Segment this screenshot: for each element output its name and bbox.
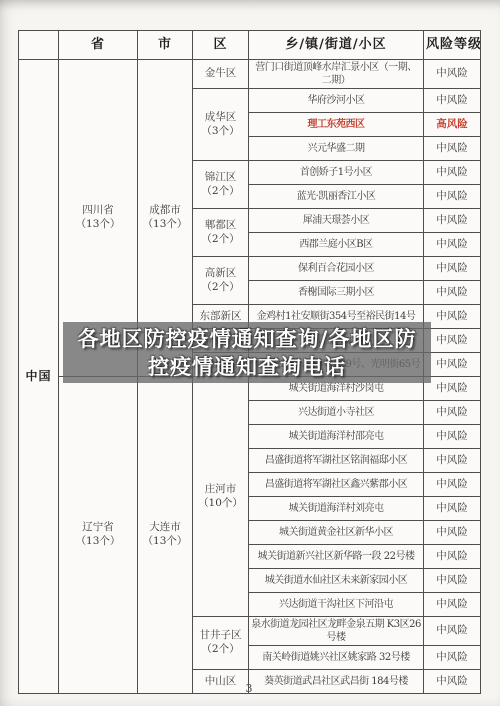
street-cell: 城关街道海洋村刘亮屯 [249,497,424,521]
street-cell: 营门口街道顶峰水岸汇景小区（一期、二期） [249,60,424,89]
risk-cell: 中风险 [424,545,481,569]
street-cell: 兴达街道小寺社区 [249,401,424,425]
risk-cell: 中风险 [424,593,481,617]
street-cell: 首创娇子1号小区 [249,161,424,185]
street-cell: 泉水街道龙园社区龙畔金泉五期 K3区26号楼 [249,617,424,646]
risk-cell: 中风险 [424,473,481,497]
street-cell: 保利百合花园小区 [249,257,424,281]
col-header-risk-level: 风险等级 [424,31,481,60]
risk-cell: 中风险 [424,257,481,281]
street-cell: 西郡兰庭小区B区 [249,233,424,257]
district-cell: 锦江区 （2个） [193,161,249,209]
risk-cell: 中风险 [424,60,481,89]
street-cell: 昌盛街道将军湖社区鑫兴紫郡小区 [249,473,424,497]
street-cell: 昌盛街道将军湖社区铭润福邸小区 [249,449,424,473]
street-cell: 香榭国际三期小区 [249,281,424,305]
street-cell: 城关街道黄金社区新华小区 [249,521,424,545]
watermark-overlay: 各地区防控疫情通知查询/各地区防 控疫情通知查询电话 [63,322,431,383]
risk-cell: 中风险 [424,281,481,305]
watermark-text-line1: 各地区防控疫情通知查询/各地区防 [78,325,417,353]
risk-cell: 中风险 [424,497,481,521]
risk-cell: 中风险 [424,209,481,233]
risk-cell: 中风险 [424,425,481,449]
page-number: 3 [18,682,480,695]
street-cell: 城关街道新兴社区新华路一段 22号楼 [249,545,424,569]
risk-cell: 中风险 [424,329,481,353]
district-cell: 甘井子区 （2个） [193,617,249,670]
risk-cell: 中风险 [424,161,481,185]
watermark-text-line2: 控疫情通知查询电话 [148,353,346,381]
col-header-country [19,31,59,60]
risk-cell: 中风险 [424,646,481,670]
col-header-street: 乡/镇/街道/小区 [249,31,424,60]
col-header-district: 区 [193,31,249,60]
risk-cell: 中风险 [424,569,481,593]
risk-cell: 中风险 [424,89,481,113]
city-cell: 大连市 （13个） [138,377,193,694]
risk-cell: 中风险 [424,305,481,329]
street-cell: 兴达街道干沟社区下河沿屯 [249,593,424,617]
table-row: 中国四川省 （13个）成都市 （13个）金牛区营门口街道顶峰水岸汇景小区（一期、… [19,60,481,89]
risk-cell: 中风险 [424,185,481,209]
street-cell: 南关岭街道姚兴社区姚家路 32号楼 [249,646,424,670]
district-cell: 庄河市 （10个） [193,377,249,617]
street-cell: 蓝光·凯丽香江小区 [249,185,424,209]
table-header-row: 省 市 区 乡/镇/街道/小区 风险等级 [19,31,481,60]
street-cell: 理工东苑西区 [249,113,424,137]
risk-cell: 中风险 [424,137,481,161]
risk-cell: 中风险 [424,617,481,646]
street-cell: 兴元华盛二期 [249,137,424,161]
risk-cell: 中风险 [424,449,481,473]
country-cell: 中国 [19,60,59,694]
district-cell: 郫都区 （2个） [193,209,249,257]
district-cell: 高新区 （2个） [193,257,249,305]
col-header-province: 省 [59,31,138,60]
risk-cell: 高风险 [424,113,481,137]
province-cell: 辽宁省 （13个） [59,377,138,694]
risk-cell: 中风险 [424,377,481,401]
street-cell: 华府沙河小区 [249,89,424,113]
document-page: 省 市 区 乡/镇/街道/小区 风险等级 中国四川省 （13个）成都市 （13个… [0,0,500,706]
district-cell: 金牛区 [193,60,249,89]
risk-cell: 中风险 [424,353,481,377]
street-cell: 城关街道水仙社区未来新家园小区 [249,569,424,593]
col-header-city: 市 [138,31,193,60]
street-cell: 犀浦天璟荟小区 [249,209,424,233]
district-cell: 成华区 （3个） [193,89,249,161]
risk-cell: 中风险 [424,233,481,257]
risk-cell: 中风险 [424,401,481,425]
street-cell: 城关街道海洋村邵亮屯 [249,425,424,449]
risk-cell: 中风险 [424,521,481,545]
